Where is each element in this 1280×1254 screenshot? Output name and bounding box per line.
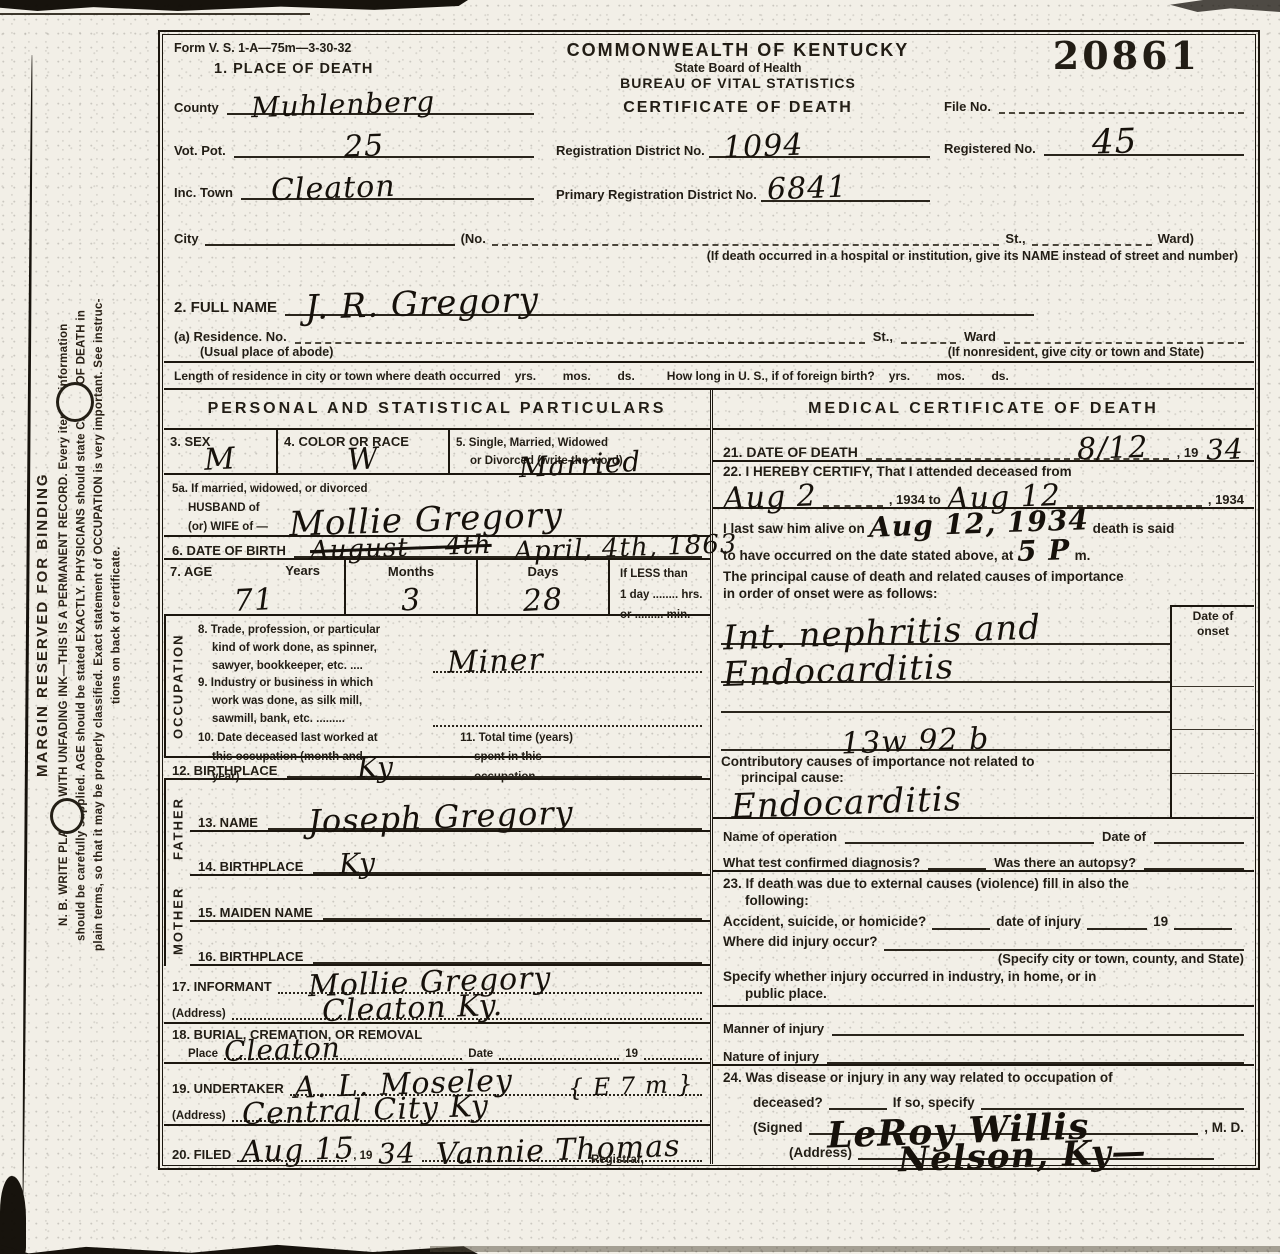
birthplace-line: Ky	[287, 776, 702, 778]
less-label-2: 1 day ........ hrs.	[620, 589, 702, 601]
spouse-label-2: HUSBAND of	[188, 502, 260, 514]
commonwealth-title: COMMONWEALTH OF KENTUCKY	[538, 40, 938, 61]
less-label-1: If LESS than	[620, 568, 688, 580]
primary-district-row: Primary Registration District No. 6841	[556, 162, 930, 207]
trade-label-1: 8. Trade, profession, or particular	[198, 624, 380, 636]
cause-line-3	[721, 683, 1170, 713]
certificate-title: CERTIFICATE OF DEATH	[538, 99, 938, 117]
serial-number-stamp: 20861	[944, 36, 1244, 76]
signed-row: (Signed LeRoy Willis , M. D.	[723, 1120, 1244, 1135]
specify-city-note: (Specify city or town, county, and State…	[723, 951, 1244, 968]
father-name-line: Joseph Gregory	[268, 828, 702, 830]
accident-row: Accident, suicide, or homicide? date of …	[723, 913, 1244, 931]
residence-ward-line	[1004, 342, 1244, 344]
age-months-cell: Months 3	[346, 560, 478, 614]
contributory-handwriting: Endocarditis	[731, 784, 963, 823]
occupation-related-block: 24. Was disease or injury in any way rel…	[713, 1066, 1254, 1164]
onset-line	[1172, 687, 1254, 731]
county-label: County	[174, 100, 219, 115]
burial-place-line: Cleaton	[224, 1058, 462, 1060]
occupation-related-label: 24. Was disease or injury in any way rel…	[723, 1070, 1113, 1085]
trade-value-handwriting: Miner	[447, 647, 545, 677]
burial-place-handwriting: Cleaton	[224, 1035, 342, 1064]
full-name-label: 2. FULL NAME	[174, 299, 277, 316]
months-label: Months	[388, 564, 434, 579]
informant-address-label: (Address)	[172, 1008, 226, 1020]
nature-line	[827, 1062, 1244, 1064]
father-group: FATHER 13. NAME Joseph Gregory 14. BIRTH…	[164, 780, 710, 876]
inc-town-label: Inc. Town	[174, 185, 233, 200]
date-of-onset-box: Date of onset	[1170, 605, 1254, 817]
undertaker-row: 19. UNDERTAKER A. L. Moseley { E 7 m } (…	[164, 1064, 710, 1126]
industry-label-1: 9. Industry or business in which	[198, 677, 373, 689]
margin-title: MARGIN RESERVED FOR BINDING	[30, 50, 56, 1200]
place-of-death-title: 1. PLACE OF DEATH	[214, 61, 534, 77]
torn-edge-bottom	[0, 1241, 478, 1254]
operation-label: Name of operation	[723, 829, 837, 844]
nonresident-note: (If nonresident, give city or town and S…	[948, 345, 1204, 359]
physician-address-row: (Address) Nelson, Ky—	[723, 1145, 1244, 1160]
residence-ward-label: Ward	[964, 329, 996, 344]
city-no-line	[492, 244, 1000, 246]
registered-no-value-handwriting: 45	[1091, 127, 1137, 159]
informant-address-handwriting: Cleaton Ky.	[321, 992, 503, 1025]
industry-label-2: work was done, as silk mill,	[212, 695, 362, 707]
date-of-death-row: 21. DATE OF DEATH 8/12 , 19 34	[713, 430, 1254, 462]
age-years-cell: 7. AGE Years 71	[164, 560, 346, 614]
manner-line	[832, 1034, 1244, 1036]
filed-row: 20. FILED Aug 15 , 19 34 Vannie Thomas R…	[164, 1126, 710, 1164]
city-line	[205, 244, 455, 246]
voting-precinct-label: Vot. Pot.	[174, 143, 226, 158]
where-injury-line	[884, 949, 1244, 951]
inc-town-value-handwriting: Cleaton	[271, 173, 397, 204]
hospital-note: (If death occurred in a hospital or inst…	[707, 249, 1238, 263]
age-days-cell: Days 28	[478, 560, 610, 614]
voting-precinct-value-handwriting: 25	[343, 132, 384, 160]
operation-date-label: Date of	[1102, 829, 1146, 844]
last-saw-block: I last saw him alive onAug 12, 1934death…	[713, 509, 1254, 568]
undertaker-label: 19. UNDERTAKER	[172, 1081, 284, 1096]
certify-label: 22. I HEREBY CERTIFY, That I attended de…	[723, 464, 1244, 479]
manner-label: Manner of injury	[723, 1021, 824, 1036]
city-ward-label: Ward)	[1158, 231, 1194, 246]
county-row: County Muhlenberg	[174, 79, 534, 121]
file-no-label: File No.	[944, 99, 991, 114]
onset-label-2: onset	[1197, 624, 1229, 638]
father-birthplace-label: 14. BIRTHPLACE	[198, 859, 303, 874]
date-of-death-label: 21. DATE OF DEATH	[723, 444, 858, 460]
medical-section: MEDICAL CERTIFICATE OF DEATH 21. DATE OF…	[713, 390, 1254, 1164]
mother-maiden-row: 15. MAIDEN NAME	[190, 876, 710, 922]
primary-district-label: Primary Registration District No.	[556, 187, 757, 202]
principal-cause-label-block: The principal cause of death and related…	[713, 568, 1254, 603]
torn-edge-top-right	[1170, 0, 1280, 12]
informant-label: 17. INFORMANT	[172, 979, 272, 994]
deceased-line	[829, 1108, 887, 1110]
spouse-label-3: (or) WIFE of —	[188, 521, 268, 533]
father-birthplace-row: 14. BIRTHPLACE Ky	[190, 832, 710, 876]
father-name-label: 13. NAME	[198, 815, 258, 830]
injury-year-line	[1174, 928, 1232, 930]
length-label: Length of residence in city or town wher…	[174, 369, 501, 383]
nature-label: Nature of injury	[723, 1049, 819, 1064]
spouse-label-1: 5a. If married, widowed, or divorced	[172, 483, 368, 495]
external-causes-label-1: 23. If death was due to external causes …	[723, 876, 1129, 891]
county-line: Muhlenberg	[227, 113, 534, 115]
length-units: yrs. mos. ds.	[515, 369, 635, 383]
birthplace-row: 12. BIRTHPLACE Ky	[164, 758, 710, 780]
file-number-block: 20861 File No. Registered No. 45	[938, 36, 1254, 206]
form-number: Form V. S. 1-A—75m—3-30-32	[174, 41, 534, 55]
undertaker-address-label: (Address)	[172, 1110, 226, 1122]
sex-color-marital-row: 3. SEX M 4. COLOR OR RACE W 5. Single, M…	[164, 430, 710, 475]
test-label: What test confirmed diagnosis?	[723, 855, 920, 870]
industry-label-3: sawmill, bank, etc. .........	[212, 713, 345, 725]
undertaker-note-handwriting: { E 7 m }	[568, 1074, 694, 1100]
residence-label: (a) Residence. No.	[174, 329, 287, 344]
city-st-label: St.,	[1005, 231, 1025, 246]
date-of-death-19: , 19	[1177, 445, 1199, 460]
total-time-label-1: 11. Total time (years)	[460, 732, 573, 744]
burial-19-label: 19	[625, 1048, 638, 1060]
years-label: Years	[285, 563, 320, 578]
registration-district-value-handwriting: 1094	[722, 131, 803, 161]
informant-address-line: Cleaton Ky.	[232, 1018, 702, 1020]
manner-of-injury-row: Manner of injury	[713, 1007, 1254, 1037]
margin-note-line-2: should be carefully supplied. AGE should…	[74, 50, 92, 1200]
color-cell: 4. COLOR OR RACE W	[278, 430, 450, 473]
less-than-day-cell: If LESS than 1 day ........ hrs. or ....…	[610, 560, 710, 614]
margin-note-line-4: tions on back of certificate.	[109, 50, 127, 1200]
inc-town-row: Inc. Town Cleaton	[174, 164, 534, 206]
cause-code-line: 13w 92 b	[721, 713, 1170, 751]
file-no-line	[999, 112, 1244, 114]
onset-line	[1172, 643, 1254, 687]
mother-group: MOTHER 15. MAIDEN NAME 16. BIRTHPLACE	[164, 876, 710, 966]
nature-of-injury-row: Nature of injury	[713, 1036, 1254, 1066]
onset-line	[1172, 730, 1254, 774]
registrar-label: Registrar,	[591, 1154, 644, 1166]
length-us-label: How long in U. S., if of foreign birth?	[667, 369, 875, 383]
father-vertical-label: FATHER	[164, 780, 190, 876]
bureau-subtitle: BUREAU OF VITAL STATISTICS	[538, 75, 938, 91]
specify-label-1: Specify whether injury occurred in indus…	[723, 969, 1096, 984]
birthplace-value-handwriting: Ky	[357, 754, 395, 780]
months-value-handwriting: 3	[400, 586, 421, 614]
full-name-row: 2. FULL NAME J. R. Gregory	[164, 264, 1254, 318]
trade-line: Miner	[433, 663, 702, 673]
file-no-row: File No.	[944, 76, 1244, 118]
md-label: , M. D.	[1204, 1120, 1244, 1135]
trade-label-2: kind of work done, as spinner,	[212, 642, 377, 654]
birthplace-label: 12. BIRTHPLACE	[172, 763, 277, 778]
city-label: City	[174, 231, 199, 246]
residence-st-label: St.,	[873, 329, 893, 344]
occupation-block: OCCUPATION 8. Trade, profession, or part…	[164, 616, 710, 758]
city-no-label: (No.	[461, 231, 486, 246]
scanned-death-certificate: { "margin": { "title": "MARGIN RESERVED …	[0, 0, 1280, 1254]
principal-label-2: in order of onset were as follows:	[723, 586, 938, 601]
hour-handwriting: 5 P	[1017, 537, 1071, 564]
voting-precinct-line: 25	[234, 156, 534, 158]
date-of-death-year-handwriting: 34	[1206, 437, 1244, 463]
torn-edge-bottom-gray	[430, 1246, 1280, 1252]
city-row: City (No. St., Ward) (If death occurred …	[164, 206, 1254, 264]
test-line	[928, 868, 986, 870]
filed-label: 20. FILED	[172, 1147, 231, 1162]
test-autopsy-row: What test confirmed diagnosis? Was there…	[713, 844, 1254, 872]
date-of-birth-label: 6. DATE OF BIRTH	[172, 543, 286, 558]
title-block: COMMONWEALTH OF KENTUCKY State Board of …	[538, 36, 938, 206]
accident-label: Accident, suicide, or homicide?	[723, 913, 926, 931]
primary-district-value-handwriting: 6841	[766, 174, 847, 204]
date-of-death-handwriting: 8/12	[1077, 433, 1149, 462]
date-of-injury-line	[1087, 928, 1147, 930]
occurred-label: to have occurred on the date stated abov…	[723, 548, 1013, 563]
registration-district-row: Registration District No. 1094	[556, 117, 930, 162]
date-of-birth-row: 6. DATE OF BIRTH August —4th April, 4th,…	[164, 537, 710, 559]
operation-line	[845, 842, 1094, 844]
days-value-handwriting: 28	[522, 586, 564, 615]
mother-birthplace-label: 16. BIRTHPLACE	[198, 949, 303, 964]
burial-date-line	[499, 1058, 619, 1060]
spouse-row: 5a. If married, widowed, or divorced HUS…	[164, 475, 710, 538]
burial-date-label: Date	[468, 1048, 493, 1060]
contributory-value-line: Endocarditis	[721, 788, 1170, 817]
burial-place-label: Place	[188, 1048, 218, 1060]
onset-label-1: Date of	[1193, 609, 1234, 623]
onset-line	[1172, 774, 1254, 817]
last-worked-label-1: 10. Date deceased last worked at	[198, 732, 378, 744]
where-injury-row: Where did injury occur?	[723, 933, 1244, 951]
date-of-death-line: 8/12	[866, 458, 1169, 460]
father-birthplace-line: Ky	[313, 872, 702, 874]
hole-punch-icon	[50, 798, 84, 834]
voting-precinct-row: Vot. Pot. 25	[174, 121, 534, 163]
informant-row: 17. INFORMANT Mollie Gregory (Address) C…	[164, 966, 710, 1024]
burial-row: 18. BURIAL, CREMATION, OR REMOVAL Place …	[164, 1024, 710, 1064]
certify-mid-label: , 1934 to	[889, 492, 941, 507]
registered-no-label: Registered No.	[944, 141, 1036, 156]
filed-year-handwriting: 34	[378, 1140, 416, 1166]
less-label-3: or ......... min.	[620, 609, 690, 621]
physician-address-handwriting: Nelson, Ky—	[898, 1137, 1148, 1176]
board-subtitle: State Board of Health	[538, 61, 938, 75]
personal-section: PERSONAL AND STATISTICAL PARTICULARS 3. …	[164, 390, 713, 1164]
attended-from-handwriting: Aug 2	[723, 482, 818, 512]
certificate-frame: Form V. S. 1-A—75m—3-30-32 1. PLACE OF D…	[158, 30, 1260, 1170]
father-name-handwriting: Joseph Gregory	[308, 799, 574, 837]
filed-19-label: , 19	[353, 1150, 372, 1162]
trade-label-3: sawyer, bookkeeper, etc. ....	[212, 660, 363, 672]
external-causes-label-2: following:	[745, 893, 809, 908]
where-injury-label: Where did injury occur?	[723, 933, 878, 951]
cause-line-1: Int. nephritis and	[721, 605, 1170, 645]
signed-label: (Signed	[753, 1120, 803, 1135]
mother-maiden-label: 15. MAIDEN NAME	[198, 905, 313, 920]
industry-row: 9. Industry or business in which work wa…	[198, 673, 702, 727]
primary-district-line: 6841	[761, 200, 930, 202]
certify-row: 22. I HEREBY CERTIFY, That I attended de…	[713, 462, 1254, 509]
accident-line	[932, 928, 990, 930]
margin-note-line-1: N. B. WRITE PLAINLY, WITH UNFADING INK—T…	[56, 50, 74, 1200]
age-label: 7. AGE	[170, 564, 212, 579]
torn-edge-top	[0, 0, 468, 11]
registered-no-line: 45	[1044, 154, 1244, 156]
if-so-label: If so, specify	[893, 1095, 975, 1110]
registration-district-line: 1094	[709, 156, 930, 158]
injury-19-label: 19	[1153, 913, 1168, 931]
sex-value-handwriting: M	[203, 445, 236, 474]
abode-note: (Usual place of abode)	[200, 345, 333, 359]
burial-year-line	[644, 1058, 702, 1060]
filed-date-handwriting: Aug 15	[241, 1135, 356, 1166]
father-name-row: 13. NAME Joseph Gregory	[190, 780, 710, 832]
age-row: 7. AGE Years 71 Months 3 Days 28 If LESS…	[164, 560, 710, 616]
deceased-row: deceased? If so, specify	[723, 1095, 1244, 1110]
marital-cell: 5. Single, Married, Widowed or Divorced …	[450, 430, 710, 473]
date-of-injury-label: date of injury	[996, 913, 1081, 931]
date-of-birth-line: August —4th April, 4th, 1863	[294, 537, 702, 557]
cause-line-2: Endocarditis	[721, 645, 1170, 683]
certificate-header: Form V. S. 1-A—75m—3-30-32 1. PLACE OF D…	[164, 36, 1254, 390]
personal-section-title: PERSONAL AND STATISTICAL PARTICULARS	[164, 390, 710, 430]
years-value-handwriting: 71	[233, 586, 275, 615]
registration-district-label: Registration District No.	[556, 143, 705, 158]
trade-row: 8. Trade, profession, or particular kind…	[198, 620, 702, 674]
length-of-residence-row: Length of residence in city or town wher…	[164, 361, 1254, 388]
days-label: Days	[527, 564, 558, 579]
mother-maiden-line	[323, 918, 702, 920]
cause-of-death-block: Int. nephritis and Endocarditis 13w 92 b…	[713, 605, 1254, 819]
undertaker-address-handwriting: Central City Ky	[241, 1093, 489, 1129]
autopsy-line	[1144, 868, 1244, 870]
registrar-signature-line: Vannie Thomas	[422, 1160, 702, 1162]
color-value-handwriting: W	[346, 445, 379, 474]
full-name-line: J. R. Gregory	[285, 314, 1034, 316]
county-value-handwriting: Muhlenberg	[250, 89, 435, 121]
deceased-label: deceased?	[753, 1095, 823, 1110]
mother-birthplace-row: 16. BIRTHPLACE	[190, 922, 710, 966]
binding-margin: MARGIN RESERVED FOR BINDING N. B. WRITE …	[30, 50, 156, 1200]
place-of-death-block: Form V. S. 1-A—75m—3-30-32 1. PLACE OF D…	[164, 36, 538, 206]
external-causes-block: 23. If death was due to external causes …	[713, 872, 1254, 1007]
registered-no-row: Registered No. 45	[944, 118, 1244, 160]
medical-section-title: MEDICAL CERTIFICATE OF DEATH	[713, 390, 1254, 430]
city-st-line	[1032, 244, 1152, 246]
principal-label-1: The principal cause of death and related…	[723, 569, 1124, 584]
last-saw-pre: I last saw him alive on	[723, 521, 865, 536]
residence-st-line	[901, 342, 956, 344]
from-line	[823, 505, 883, 507]
autopsy-label: Was there an autopsy?	[994, 855, 1136, 870]
sex-cell: 3. SEX M	[164, 430, 278, 473]
margin-note-line-3: plain terms, so that it may be properly …	[91, 50, 109, 1200]
undertaker-address-line: Central City Ky	[232, 1120, 702, 1122]
last-saw-post: death is said	[1093, 521, 1175, 536]
filed-date-line: Aug 15	[237, 1160, 347, 1162]
operation-date-line	[1154, 842, 1244, 844]
mother-vertical-label: MOTHER	[164, 876, 190, 966]
cause-code-handwriting: 13w 92 b	[841, 725, 990, 757]
meridiem-label: m.	[1075, 548, 1091, 563]
length-units-2: yrs. mos. ds.	[889, 369, 1009, 383]
inc-town-line: Cleaton	[241, 198, 534, 200]
industry-line	[433, 717, 702, 727]
full-name-handwriting: J. R. Gregory	[305, 285, 540, 324]
hole-punch-icon	[56, 382, 94, 422]
specify-label-2: public place.	[745, 986, 827, 1001]
father-birthplace-handwriting: Ky	[339, 850, 377, 876]
occupation-vertical-label: OCCUPATION	[164, 616, 190, 756]
residence-no-line	[295, 342, 865, 344]
registrar-signature-handwriting: Vannie Thomas	[436, 1133, 681, 1169]
certify-end-label: , 1934	[1208, 492, 1244, 507]
torn-edge-top-line	[0, 13, 310, 15]
physician-address-line: Nelson, Ky—	[858, 1158, 1214, 1160]
